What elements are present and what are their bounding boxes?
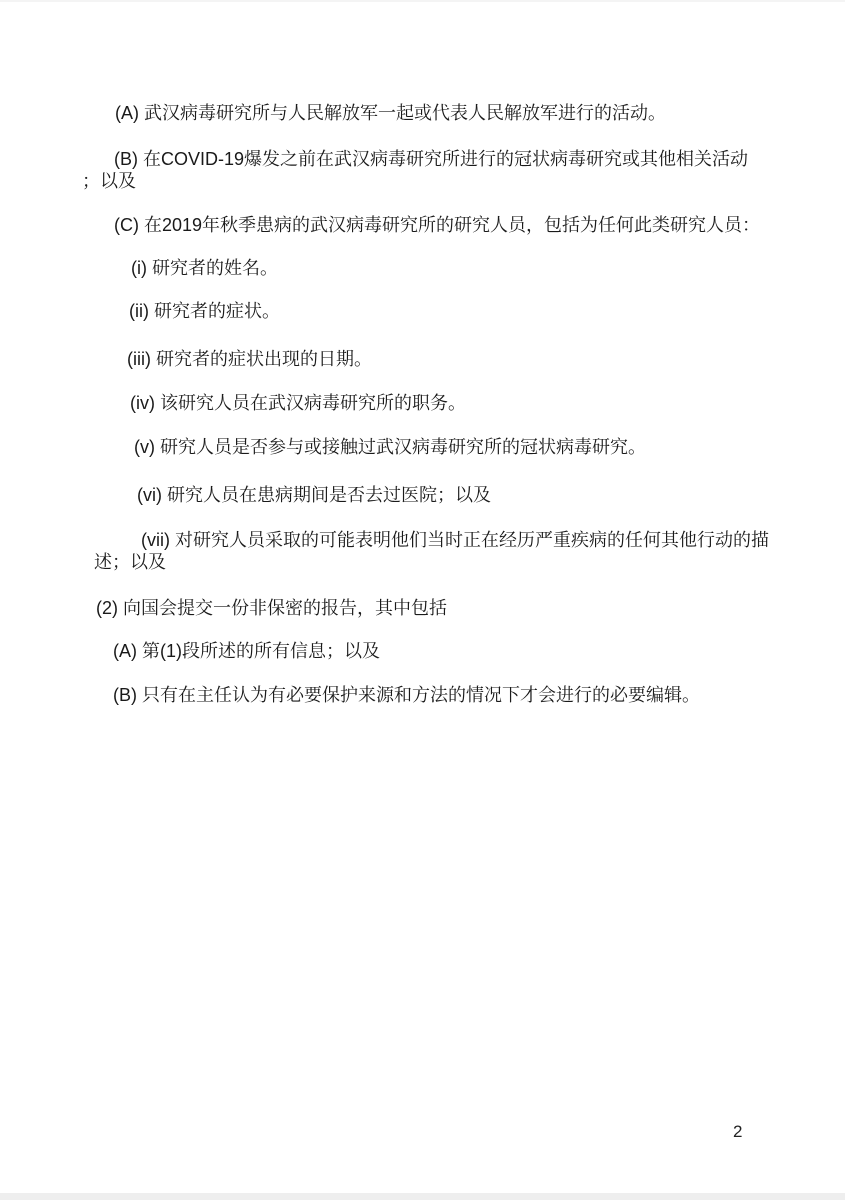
item-iv-line: (iv) 该研究人员在武汉病毒研究所的职务。 bbox=[130, 392, 466, 414]
item-vii-line-1: (vii) 对研究人员采取的可能表明他们当时正在经历严重疾病的任何其他行动的描 bbox=[141, 529, 769, 551]
item-vii-line-2: 述；以及 bbox=[94, 551, 166, 573]
document-page: (A) 武汉病毒研究所与人民解放军一起或代表人民解放军进行的活动。 (B) 在C… bbox=[0, 0, 845, 1200]
item-vi-line: (vi) 研究人员在患病期间是否去过医院；以及 bbox=[137, 484, 491, 506]
item-i-line: (i) 研究者的姓名。 bbox=[131, 257, 278, 279]
sub-clause-a-line: (A) 第(1)段所述的所有信息；以及 bbox=[113, 640, 380, 662]
sub-clause-b-line: (B) 只有在主任认为有必要保护来源和方法的情况下才会进行的必要编辑。 bbox=[113, 684, 700, 706]
page-number: 2 bbox=[733, 1121, 742, 1143]
clause-b-line-2: ；以及 bbox=[82, 170, 136, 192]
clause-b-line-1: (B) 在COVID-19爆发之前在武汉病毒研究所进行的冠状病毒研究或其他相关活… bbox=[114, 148, 748, 170]
item-ii-line: (ii) 研究者的症状。 bbox=[129, 300, 280, 322]
item-iii-line: (iii) 研究者的症状出现的日期。 bbox=[127, 348, 372, 370]
page-top-edge bbox=[0, 0, 845, 2]
clause-a-line: (A) 武汉病毒研究所与人民解放军一起或代表人民解放军进行的活动。 bbox=[115, 102, 666, 124]
clause-c-line: (C) 在2019年秋季患病的武汉病毒研究所的研究人员，包括为任何此类研究人员： bbox=[114, 214, 760, 236]
page-bottom-edge bbox=[0, 1193, 845, 1200]
paragraph-2-line: (2) 向国会提交一份非保密的报告，其中包括 bbox=[96, 597, 447, 619]
item-v-line: (v) 研究人员是否参与或接触过武汉病毒研究所的冠状病毒研究。 bbox=[134, 436, 646, 458]
